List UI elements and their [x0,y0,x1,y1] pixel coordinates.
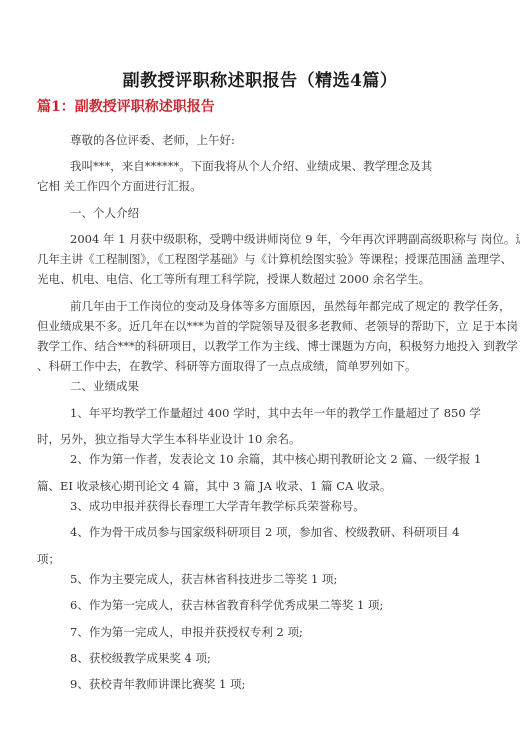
paragraph-line: 但业绩成果不多。近几年在以***为首的学院领导及很多老教师、老领导的帮助下，立 … [37,319,518,333]
paragraph-line: 、科研工作中去，在教学、科研等方面取得了一点点成绩，简单罗列如下。 [37,359,417,373]
paragraph-line: 5、作为主要完成人，获吉林省科技进步二等奖 1 项; [70,572,337,586]
paragraph-line: 6、作为第一完成人，获吉林省教育科学优秀成果二等奖 1 项; [70,598,383,612]
paragraph-line: 时，另外，独立指导大学生本科毕业设计 10 余名。 [37,432,300,446]
paragraph-line: 7、作为第一完成人，申报并获授权专利 2 项; [70,625,303,639]
paragraph-line: 项； [37,552,60,566]
document-page: 副教授评职称述职报告（精选4篇） 篇1：副教授评职称述职报告 尊敬的各位评委、老… [0,0,520,735]
paragraph-line: 它相 关工作四个方面进行汇报。 [37,179,202,193]
paragraph-line: 一、个人介绍 [70,206,139,220]
paragraph-line: 1、年平均教学工作量超过 400 学时，其中去年一年的教学工作量超过了 850 … [70,406,481,420]
paragraph-line: 3、成功申报并获得长春理工大学青年教学标兵荣誉称号。 [70,499,365,513]
document-title: 副教授评职称述职报告（精选4篇） [0,66,520,91]
paragraph-line: 2004 年 1 月获中级职称，受聘中级讲师岗位 9 年，今年再次评聘副高级职称… [70,232,520,246]
paragraph-line: 前几年由于工作岗位的变动及身体等多方面原因，虽然每年都完成了规定的 教学任务， [70,299,511,313]
paragraph-line: 光电、机电、电信、化工等所有理工科学院，授课人数超过 2000 余名学生。 [37,272,430,286]
paragraph-line: 教学工作、结合***的科研项目，以教学工作为主线、博士课题为方向，积极努力地投入… [37,339,518,353]
section-heading: 篇1：副教授评职称述职报告 [37,96,215,116]
paragraph-line: 4、作为骨干成员参与国家级科研项目 2 项，参加省、校级教研、科研项目 4 [70,525,459,539]
paragraph-line: 二、业绩成果 [70,379,139,393]
paragraph-line: 几年主讲《工程制图》，《工程图学基础》与《计算机绘图实验》等课程；授课范围涵 盖… [37,252,512,266]
paragraph-line: 尊敬的各位评委、老师，上午好: [70,133,235,147]
paragraph-line: 我叫***，来自******。下面我将从个人介绍、业绩成果、教学理念及其 [70,159,432,173]
paragraph-line: 9、获校青年教师讲课比赛奖 1 项; [70,677,245,691]
paragraph-line: 2、作为第一作者，发表论文 10 余篇，其中核心期刊教研论文 2 篇、一级学报 … [70,452,481,466]
paragraph-line: 8、获校级教学成果奖 4 项; [70,651,211,665]
paragraph-line: 篇、EI 收录核心期刊论文 4 篇，其中 3 篇 JA 收录、1 篇 CA 收录… [37,479,391,493]
